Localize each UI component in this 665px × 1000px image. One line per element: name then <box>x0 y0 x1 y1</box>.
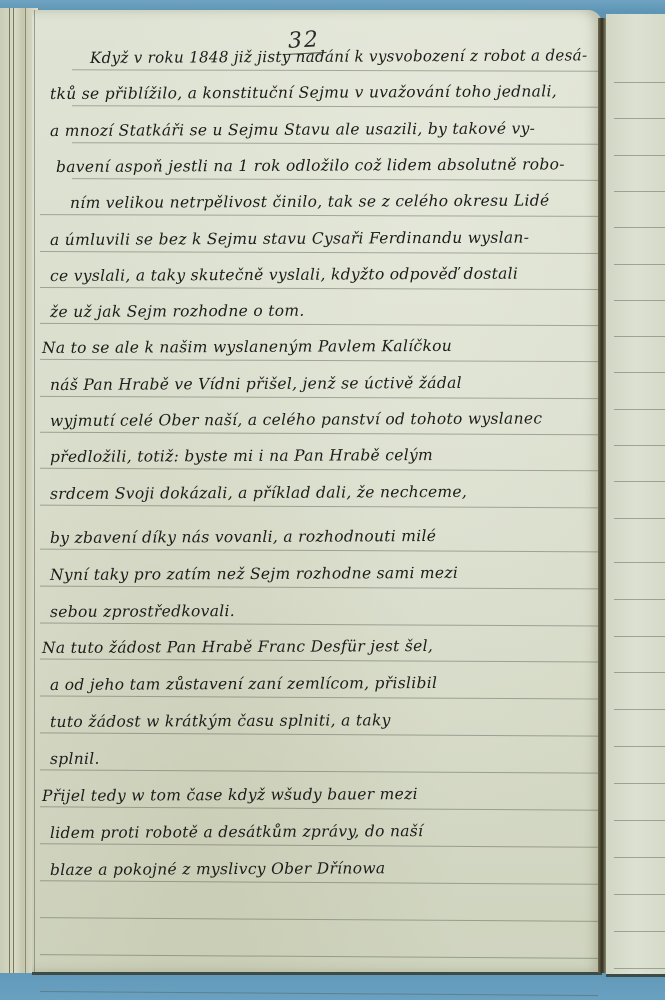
handwritten-line: tků se přiblížilo, a konstituční Sejmu v… <box>50 83 557 104</box>
handwritten-line: lidem proti robotě a desátkům zprávy, do… <box>50 822 423 842</box>
ruled-line <box>40 432 598 435</box>
page-margin-line <box>34 10 35 972</box>
facing-page-ruled-line <box>614 264 665 265</box>
ruled-line <box>40 622 598 626</box>
facing-page-ruled-line <box>614 599 665 600</box>
facing-page-ruled-line <box>614 445 665 446</box>
facing-page-ruled-line <box>614 336 665 337</box>
handwritten-line: splnil. <box>50 750 100 768</box>
ruled-line <box>40 548 598 552</box>
handwritten-line: Na tuto žádost Pan Hrabě Franc Desfür je… <box>42 637 433 657</box>
handwritten-line: předložili, totiž: byste mi i na Pan Hra… <box>50 446 433 466</box>
ruled-line <box>72 178 598 181</box>
ruled-line <box>40 323 598 326</box>
handwritten-line: a mnozí Statkáři se u Sejmu Stavu ale us… <box>50 119 535 140</box>
facing-page-ruled-line <box>614 82 665 83</box>
ruled-line <box>72 142 598 145</box>
handwritten-line: ním velikou netrpělivost činilo, tak se … <box>70 192 550 213</box>
facing-page-ruled-line <box>614 636 665 637</box>
handwritten-line: náš Pan Hrabě ve Vídni přišel, jenž se ú… <box>50 374 462 394</box>
handwritten-line: že už jak Sejm rozhodne o tom. <box>50 302 305 321</box>
handwritten-line: a od jeho tam zůstavení zaní zemlícom, p… <box>50 674 437 694</box>
handwritten-line: sebou zprostředkovali. <box>50 602 235 621</box>
facing-page-ruled-line <box>614 562 665 563</box>
ruled-line <box>72 106 598 108</box>
handwritten-line: by zbavení díky nás vovanli, a rozhodnou… <box>50 527 436 547</box>
facing-page-ruled-line <box>614 409 665 410</box>
facing-page-ruled-line <box>614 672 665 673</box>
ruled-line <box>40 733 598 737</box>
photo-scene: 32 Když v roku 1848 již jisty nadání k v… <box>0 0 665 1000</box>
ruled-line <box>40 359 598 362</box>
ruled-line <box>40 504 598 508</box>
ruled-line <box>40 585 598 589</box>
facing-page-ruled-line <box>614 118 665 119</box>
facing-page-ruled-line <box>614 300 665 301</box>
handwritten-line: tuto žádost w krátkým času splniti, a ta… <box>50 711 391 731</box>
ruled-line <box>40 769 598 773</box>
ruled-line <box>40 991 598 996</box>
ruled-line <box>40 917 598 922</box>
facing-page-ruled-line <box>614 191 665 192</box>
ruled-line <box>40 954 598 959</box>
handwritten-line: ce vyslali, a taky skutečně vyslali, kdy… <box>50 264 518 284</box>
facing-page-ruled-line <box>614 518 665 519</box>
handwritten-line: wyjmutí celé Ober naší, a celého panství… <box>50 409 542 430</box>
ruled-line <box>40 880 598 885</box>
ruled-line <box>40 843 598 848</box>
facing-page-ruled-line <box>614 481 665 482</box>
handwritten-line: blaze a pokojné z myslivcy Ober Dřínowa <box>50 859 386 879</box>
facing-page-ruled-line <box>614 372 665 373</box>
ruled-line <box>40 251 598 254</box>
manuscript-page: 32 Když v roku 1848 již jisty nadání k v… <box>32 10 602 975</box>
facing-page-ruled-line <box>614 227 665 228</box>
ruled-line <box>40 214 598 217</box>
ruled-line <box>40 806 598 810</box>
ruled-line <box>40 287 598 290</box>
ruled-line <box>40 396 598 399</box>
facing-page-edge <box>606 14 665 977</box>
handwritten-line: Přijel tedy w tom čase když wšudy bauer … <box>42 785 418 805</box>
facing-page-ruled-line <box>614 968 665 969</box>
handwritten-line: Na to se ale k našim wyslaneným Pavlem K… <box>42 337 452 357</box>
handwritten-line: a úmluvili se bez k Sejmu stavu Cysaři F… <box>50 228 529 249</box>
handwritten-line: Nyní taky pro zatím než Sejm rozhodne sa… <box>50 563 458 583</box>
facing-page-ruled-line <box>614 783 665 784</box>
handwritten-line: Když v roku 1848 již jisty nadání k vysv… <box>90 46 587 67</box>
ruled-line <box>72 69 598 71</box>
facing-page-ruled-line <box>614 857 665 858</box>
facing-page-ruled-line <box>614 820 665 821</box>
facing-page-ruled-line <box>614 894 665 895</box>
ruled-line <box>40 659 598 663</box>
facing-page-ruled-line <box>614 709 665 710</box>
book-spine-gutter <box>598 18 606 973</box>
facing-page-ruled-line <box>614 931 665 932</box>
facing-page-ruled-line <box>614 155 665 156</box>
ruled-line <box>40 696 598 700</box>
handwritten-line: bavení aspoň jestli na 1 rok odložilo co… <box>56 155 565 176</box>
ruled-line <box>40 468 598 472</box>
handwritten-line: srdcem Svoji dokázali, a příklad dali, ž… <box>50 482 467 502</box>
facing-page-ruled-line <box>614 746 665 747</box>
